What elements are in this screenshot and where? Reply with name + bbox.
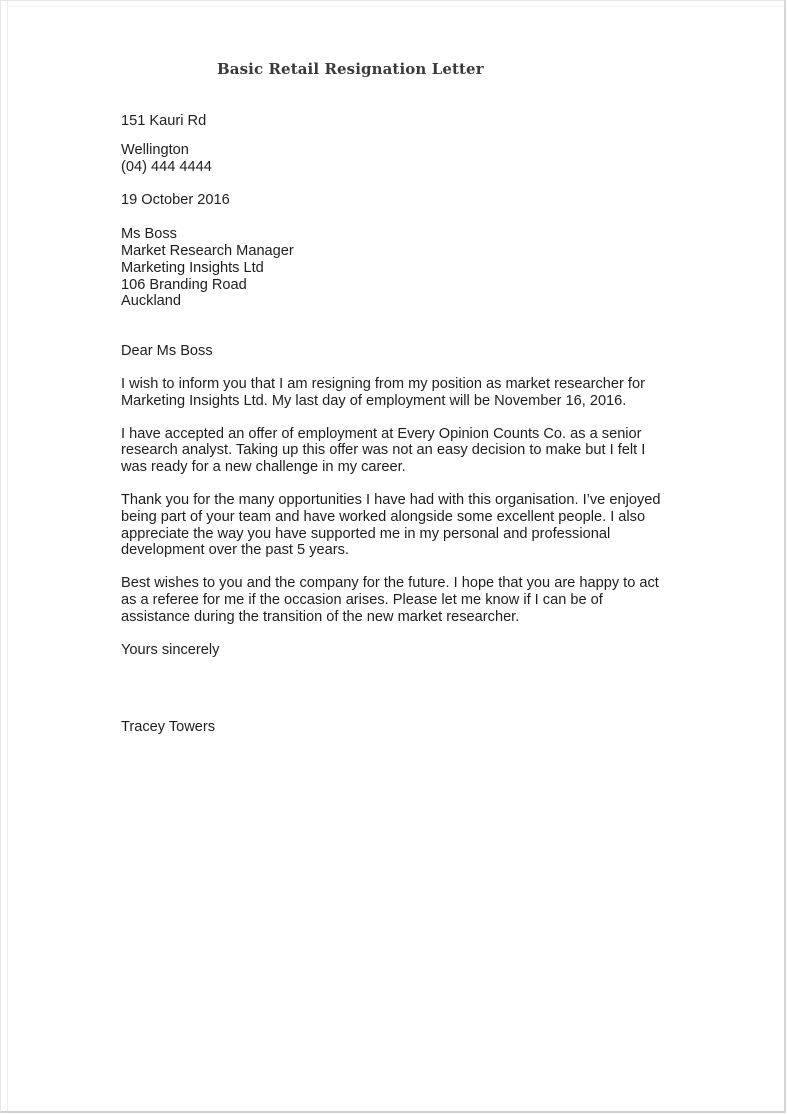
page-margin-line <box>7 1 8 1111</box>
paragraph-line: development over the past 5 years. <box>121 542 681 559</box>
recipient-address: Ms Boss Market Research Manager Marketin… <box>121 226 681 310</box>
paragraph-2: I have accepted an offer of employment a… <box>121 426 681 476</box>
paragraph-line: appreciate the way you have supported me… <box>121 526 681 543</box>
sender-street: 151 Kauri Rd <box>121 113 681 130</box>
sender-phone: (04) 444 4444 <box>121 159 681 176</box>
recipient-street: 106 Branding Road <box>121 277 681 294</box>
paragraph-line: was ready for a new challenge in my care… <box>121 459 681 476</box>
paragraph-line: being part of your team and have worked … <box>121 509 681 526</box>
paragraph-1: I wish to inform you that I am resigning… <box>121 376 681 410</box>
paragraph-line: Marketing Insights Ltd. My last day of e… <box>121 393 681 410</box>
paragraph-line: as a referee for me if the occasion aris… <box>121 592 681 609</box>
signature-name: Tracey Towers <box>121 719 681 736</box>
recipient-company: Marketing Insights Ltd <box>121 260 681 277</box>
letter-date: 19 October 2016 <box>121 192 681 209</box>
letter-body: 151 Kauri Rd Wellington (04) 444 4444 19… <box>121 113 681 736</box>
paragraph-line: assistance during the transition of the … <box>121 609 681 626</box>
paragraph-line: Thank you for the many opportunities I h… <box>121 492 681 509</box>
paragraph-3: Thank you for the many opportunities I h… <box>121 492 681 559</box>
document-page: Basic Retail Resignation Letter 151 Kaur… <box>0 0 786 1113</box>
sender-address: 151 Kauri Rd Wellington (04) 444 4444 <box>121 113 681 175</box>
recipient-name: Ms Boss <box>121 226 681 243</box>
paragraph-4: Best wishes to you and the company for t… <box>121 575 681 625</box>
paragraph-line: Best wishes to you and the company for t… <box>121 575 681 592</box>
page-margin-line-top <box>7 6 784 7</box>
recipient-position: Market Research Manager <box>121 243 681 260</box>
closing: Yours sincerely <box>121 642 681 659</box>
paragraph-line: I wish to inform you that I am resigning… <box>121 376 681 393</box>
sender-city: Wellington <box>121 142 681 159</box>
paragraph-line: research analyst. Taking up this offer w… <box>121 442 681 459</box>
paragraph-line: I have accepted an offer of employment a… <box>121 426 681 443</box>
salutation: Dear Ms Boss <box>121 343 681 360</box>
recipient-city: Auckland <box>121 293 681 310</box>
document-title: Basic Retail Resignation Letter <box>217 60 484 78</box>
